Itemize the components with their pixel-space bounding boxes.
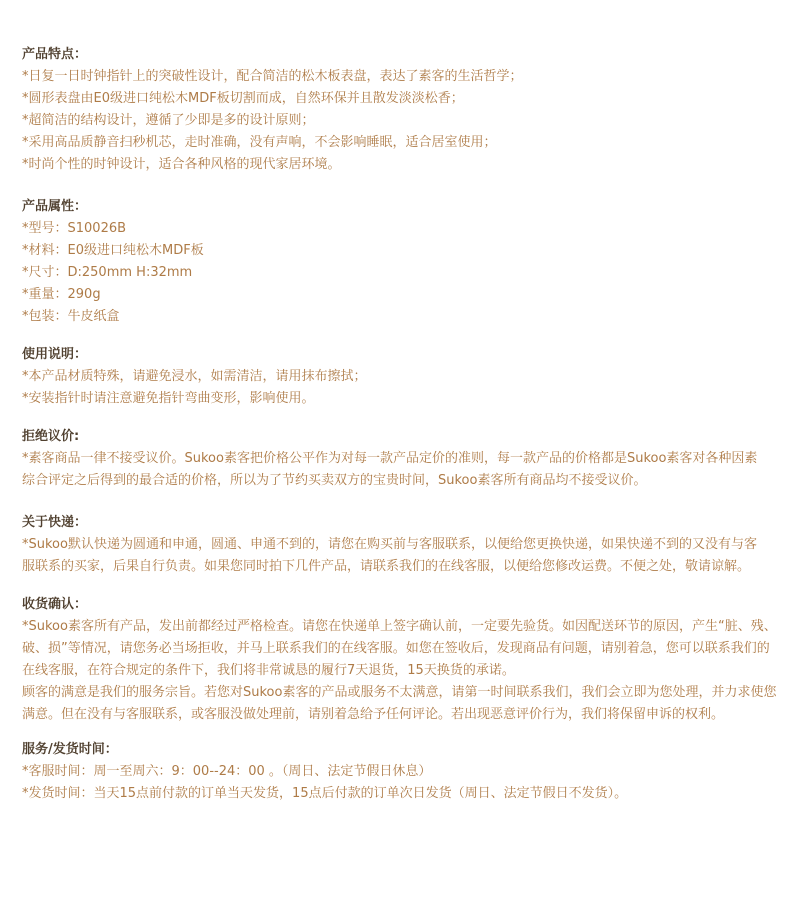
attribute-line-weight: *重量：290g: [22, 284, 790, 306]
receipt-line: 破、损”等情况，请您务必当场拒收，并马上联系我们的在线客服。如您在签收后，发现商…: [22, 638, 790, 660]
section-product-features: 产品特点： *日复一日时钟指针上的突破性设计，配合简洁的松木板表盘，表达了素客的…: [22, 44, 790, 176]
section-heading-product-attributes: 产品属性：: [22, 196, 790, 218]
usage-line: *安装指针时请注意避免指针弯曲变形，影响使用。: [22, 388, 790, 410]
section-heading-service-delivery-time: 服务/发货时间：: [22, 739, 790, 761]
section-heading-no-bargaining: 拒绝议价:: [22, 426, 790, 448]
section-heading-product-features: 产品特点：: [22, 44, 790, 66]
shipping-line: *Sukoo默认快递为圆通和申通，圆通、申通不到的，请您在购买前与客服联系，以便…: [22, 534, 790, 556]
feature-line: *超简洁的结构设计，遵循了少即是多的设计原则；: [22, 110, 790, 132]
service-time-line: *客服时间：周一至周六：9：00--24：00 。（周日、法定节假日休息）: [22, 761, 790, 783]
feature-line: *圆形表盘由E0级进口纯松木MDF板切割而成，自然环保并且散发淡淡松香；: [22, 88, 790, 110]
attribute-line-size: *尺寸：D:250mm H:32mm: [22, 262, 790, 284]
product-description-page: 产品特点： *日复一日时钟指针上的突破性设计，配合简洁的松木板表盘，表达了素客的…: [0, 0, 800, 900]
section-usage-instructions: 使用说明： *本产品材质特殊，请避免浸水，如需清洁，请用抹布擦拭； *安装指针时…: [22, 344, 790, 410]
attribute-line-packaging: *包装：牛皮纸盒: [22, 306, 790, 328]
shipping-line: 服联系的买家，后果自行负责。如果您同时拍下几件产品，请联系我们的在线客服，以便给…: [22, 556, 790, 578]
attribute-line-model: *型号：S10026B: [22, 218, 790, 240]
service-time-line: *发货时间：当天15点前付款的订单当天发货，15点后付款的订单次日发货（周日、法…: [22, 783, 790, 805]
feature-line: *采用高品质静音扫秒机芯，走时准确，没有声响，不会影响睡眠，适合居室使用；: [22, 132, 790, 154]
no-bargaining-line: 综合评定之后得到的最合适的价格，所以为了节约买卖双方的宝贵时间，Sukoo素客所…: [22, 470, 790, 492]
no-bargaining-line: *素客商品一律不接受议价。Sukoo素客把价格公平作为对每一款产品定价的准则，每…: [22, 448, 790, 470]
receipt-line: 在线客服，在符合规定的条件下，我们将非常诚恳的履行7天退货，15天换货的承诺。: [22, 660, 790, 682]
section-product-attributes: 产品属性： *型号：S10026B *材料：E0级进口纯松木MDF板 *尺寸：D…: [22, 196, 790, 328]
section-about-shipping: 关于快递： *Sukoo默认快递为圆通和申通，圆通、申通不到的，请您在购买前与客…: [22, 512, 790, 578]
usage-line: *本产品材质特殊，请避免浸水，如需清洁，请用抹布擦拭；: [22, 366, 790, 388]
section-no-bargaining: 拒绝议价: *素客商品一律不接受议价。Sukoo素客把价格公平作为对每一款产品定…: [22, 426, 790, 492]
attribute-line-material: *材料：E0级进口纯松木MDF板: [22, 240, 790, 262]
section-heading-usage-instructions: 使用说明：: [22, 344, 790, 366]
receipt-line: *Sukoo素客所有产品，发出前都经过严格检查。请您在快递单上签字确认前，一定要…: [22, 616, 790, 638]
receipt-line: 顾客的满意是我们的服务宗旨。若您对Sukoo素客的产品或服务不太满意，请第一时间…: [22, 682, 790, 704]
section-heading-about-shipping: 关于快递：: [22, 512, 790, 534]
section-receipt-confirmation: 收货确认： *Sukoo素客所有产品，发出前都经过严格检查。请您在快递单上签字确…: [22, 594, 790, 726]
receipt-line: 满意。但在没有与客服联系，或客服没做处理前，请别着急给予任何评论。若出现恶意评价…: [22, 704, 790, 726]
feature-line: *日复一日时钟指针上的突破性设计，配合简洁的松木板表盘，表达了素客的生活哲学；: [22, 66, 790, 88]
section-service-delivery-time: 服务/发货时间： *客服时间：周一至周六：9：00--24：00 。（周日、法定…: [22, 739, 790, 805]
section-heading-receipt-confirmation: 收货确认：: [22, 594, 790, 616]
feature-line: *时尚个性的时钟设计，适合各种风格的现代家居环境。: [22, 154, 790, 176]
